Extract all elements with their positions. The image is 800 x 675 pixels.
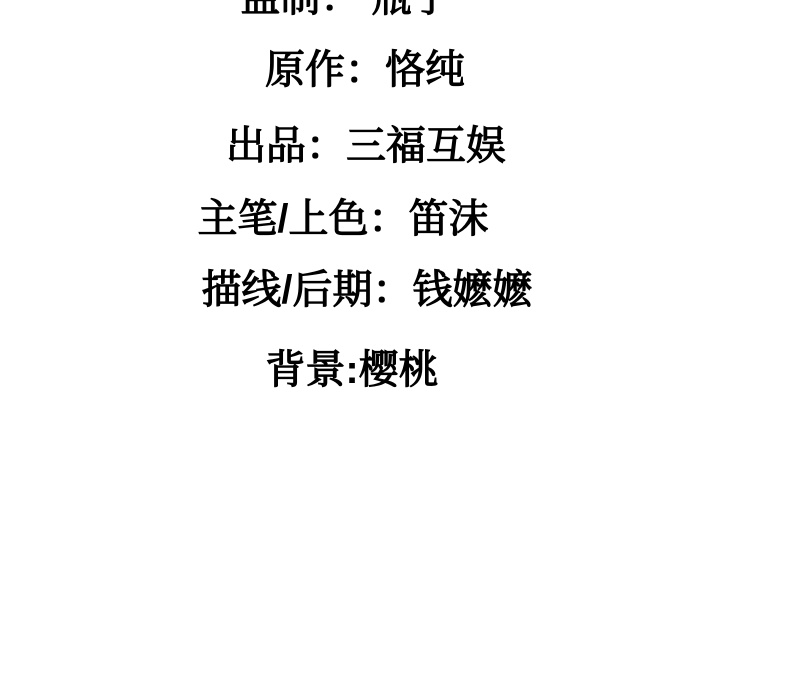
credits-page: 监制： 瓶子 原作：恪纯 出品：三福互娱 主笔/上色：笛沫 描线/后期：钱嬷嬷 … (0, 0, 800, 675)
credit-line-lead-artist-colorist: 主笔/上色：笛沫 (197, 199, 488, 239)
credit-line-inking-postproduction: 描线/后期：钱嬷嬷 (201, 270, 532, 310)
credit-line-supervisor: 监制： 瓶子 (240, 0, 451, 18)
credit-line-original-author: 原作：恪纯 (265, 50, 465, 90)
credit-line-background-artist: 背景:樱桃 (265, 350, 438, 390)
credit-line-publisher: 出品：三福互娱 (226, 126, 506, 166)
